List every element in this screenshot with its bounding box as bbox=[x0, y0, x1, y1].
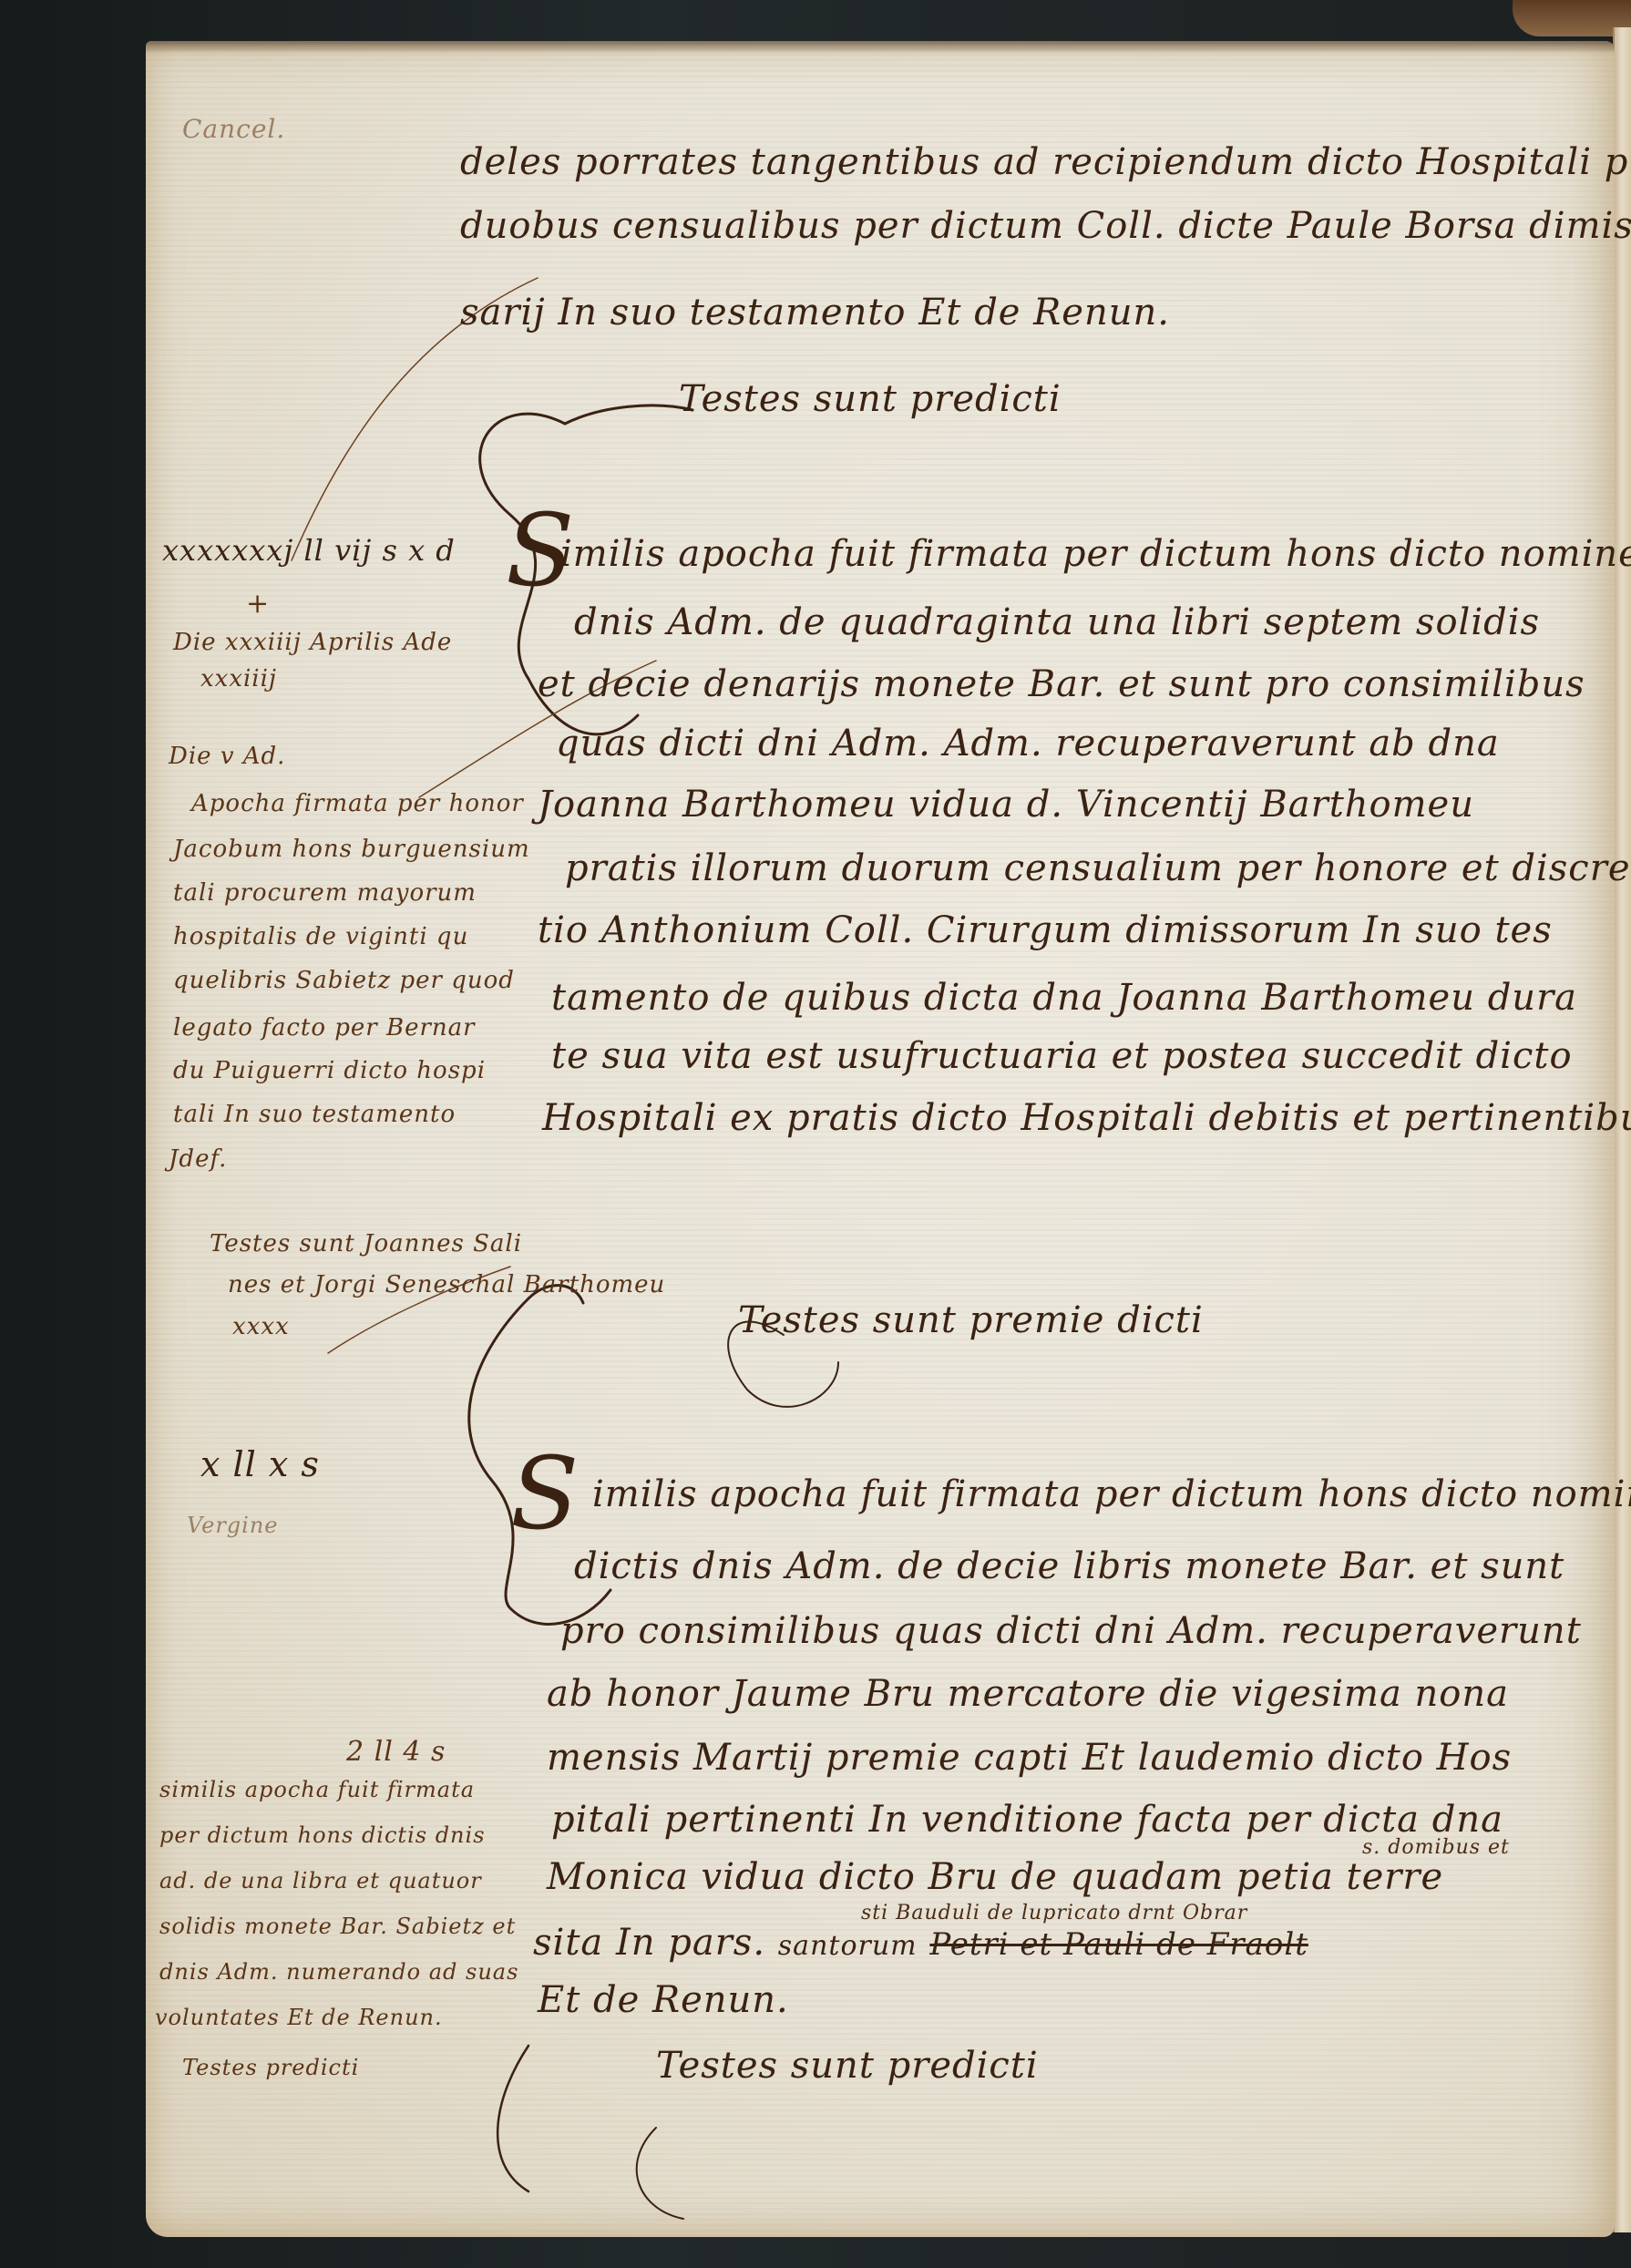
margin-amount: 2 ll 4 s bbox=[346, 1736, 446, 1768]
testes-line: Testes sunt premie dicti bbox=[738, 1299, 1204, 1341]
testes-line: Testes sunt predicti bbox=[679, 378, 1062, 420]
main-line: deles porrates tangentibus ad recipiendu… bbox=[460, 141, 1631, 183]
main-line: Monica vidua dicto Bru de quadam petia t… bbox=[547, 1856, 1443, 1898]
margin-note-line: xxxx bbox=[232, 1313, 290, 1340]
margin-note-cancel: Cancel. bbox=[182, 114, 285, 144]
margin-note-line: hospitalis de viginti qu bbox=[173, 923, 468, 950]
main-line: duobus censualibus per dictum Coll. dict… bbox=[460, 205, 1631, 247]
initial-letter: S bbox=[510, 1435, 580, 1552]
margin-cross: + bbox=[246, 588, 270, 620]
main-line: et decie denarijs monete Bar. et sunt pr… bbox=[538, 663, 1585, 705]
margin-note-line: Apocha firmata per honor bbox=[191, 790, 524, 817]
main-line: pitali pertinenti In venditione facta pe… bbox=[551, 1799, 1503, 1841]
interlinear-addition: s. domibus et bbox=[1362, 1836, 1510, 1859]
margin-date: xxxiiij bbox=[200, 665, 277, 693]
margin-note-line: tali procurem mayorum bbox=[173, 879, 477, 907]
main-line: Hospitali ex pratis dicto Hospitali debi… bbox=[542, 1097, 1631, 1139]
margin-note-line: per dictum hons dictis dnis bbox=[159, 1822, 486, 1848]
main-line: ab honor Jaume Bru mercatore die vigesim… bbox=[547, 1673, 1509, 1715]
margin-note-line: Jdef. bbox=[169, 1145, 227, 1173]
struck-text: Petri et Pauli de Fraolt bbox=[929, 1926, 1308, 1963]
testes-line: Testes sunt predicti bbox=[656, 2045, 1039, 2087]
margin-note-line: Testes sunt Joannes Sali bbox=[210, 1230, 522, 1257]
main-line: sarij In suo testamento Et de Renun. bbox=[460, 292, 1170, 334]
main-line: mensis Martij premie capti Et laudemio d… bbox=[547, 1737, 1512, 1779]
margin-faint-note: Vergine bbox=[187, 1513, 279, 1538]
margin-note-line: solidis monete Bar. Sabietz et bbox=[159, 1914, 516, 1939]
margin-note-line: tali In suo testamento bbox=[173, 1101, 456, 1128]
manuscript-page: Cancel. deles porrates tangentibus ad re… bbox=[146, 41, 1615, 2237]
margin-note-line: voluntates Et de Renun. bbox=[155, 2005, 443, 2030]
main-line: quas dicti dni Adm. Adm. recuperaverunt … bbox=[556, 723, 1500, 765]
main-line: tamento de quibus dicta dna Joanna Barth… bbox=[551, 977, 1577, 1019]
margin-note-line: du Puiguerri dicto hospi bbox=[173, 1057, 486, 1084]
margin-note-line: Testes predicti bbox=[182, 2055, 359, 2080]
margin-note-line: nes et Jorgi Seneschal Barthomeu bbox=[228, 1271, 665, 1298]
main-line: dictis dnis Adm. de decie libris monete … bbox=[574, 1545, 1564, 1587]
main-line: Et de Renun. bbox=[538, 1979, 789, 2021]
margin-note-line: Jacobum hons burguensium bbox=[173, 836, 530, 863]
main-line: te sua vita est usufructuaria et postea … bbox=[551, 1035, 1573, 1077]
margin-note-line: Die v Ad. bbox=[169, 743, 285, 770]
margin-date: Die xxxiiij Aprilis Ade bbox=[173, 629, 452, 656]
margin-note-line: quelibris Sabietz per quod bbox=[173, 967, 515, 994]
main-line: Joanna Barthomeu vidua d. Vincentij Bart… bbox=[538, 784, 1474, 826]
main-line: imilis apocha fuit firmata per dictum ho… bbox=[560, 533, 1631, 575]
main-line: pro consimilibus quas dicti dni Adm. rec… bbox=[560, 1610, 1582, 1652]
sita-text: sita In pars. bbox=[533, 1922, 765, 1964]
margin-note-line: ad. de una libra et quatuor bbox=[159, 1868, 482, 1893]
main-line: pratis illorum duorum censualium per hon… bbox=[565, 847, 1631, 889]
margin-amount: xxxxxxxj ll vij s x d bbox=[162, 533, 456, 568]
margin-note-line: dnis Adm. numerando ad suas bbox=[159, 1959, 518, 1985]
main-line: imilis apocha fuit firmata per dictum ho… bbox=[592, 1473, 1631, 1515]
margin-note-line: similis apocha fuit firmata bbox=[159, 1777, 475, 1802]
main-line: dnis Adm. de quadraginta una libri septe… bbox=[574, 601, 1540, 643]
main-line: sita In pars. santorum Petri et Pauli de… bbox=[533, 1922, 1308, 1964]
margin-note-line: legato facto per Bernar bbox=[173, 1014, 476, 1042]
main-line: tio Anthonium Coll. Cirurgum dimissorum … bbox=[538, 909, 1553, 951]
interlinear-santorum: santorum bbox=[778, 1930, 918, 1962]
margin-amount: x ll x s bbox=[200, 1444, 320, 1484]
